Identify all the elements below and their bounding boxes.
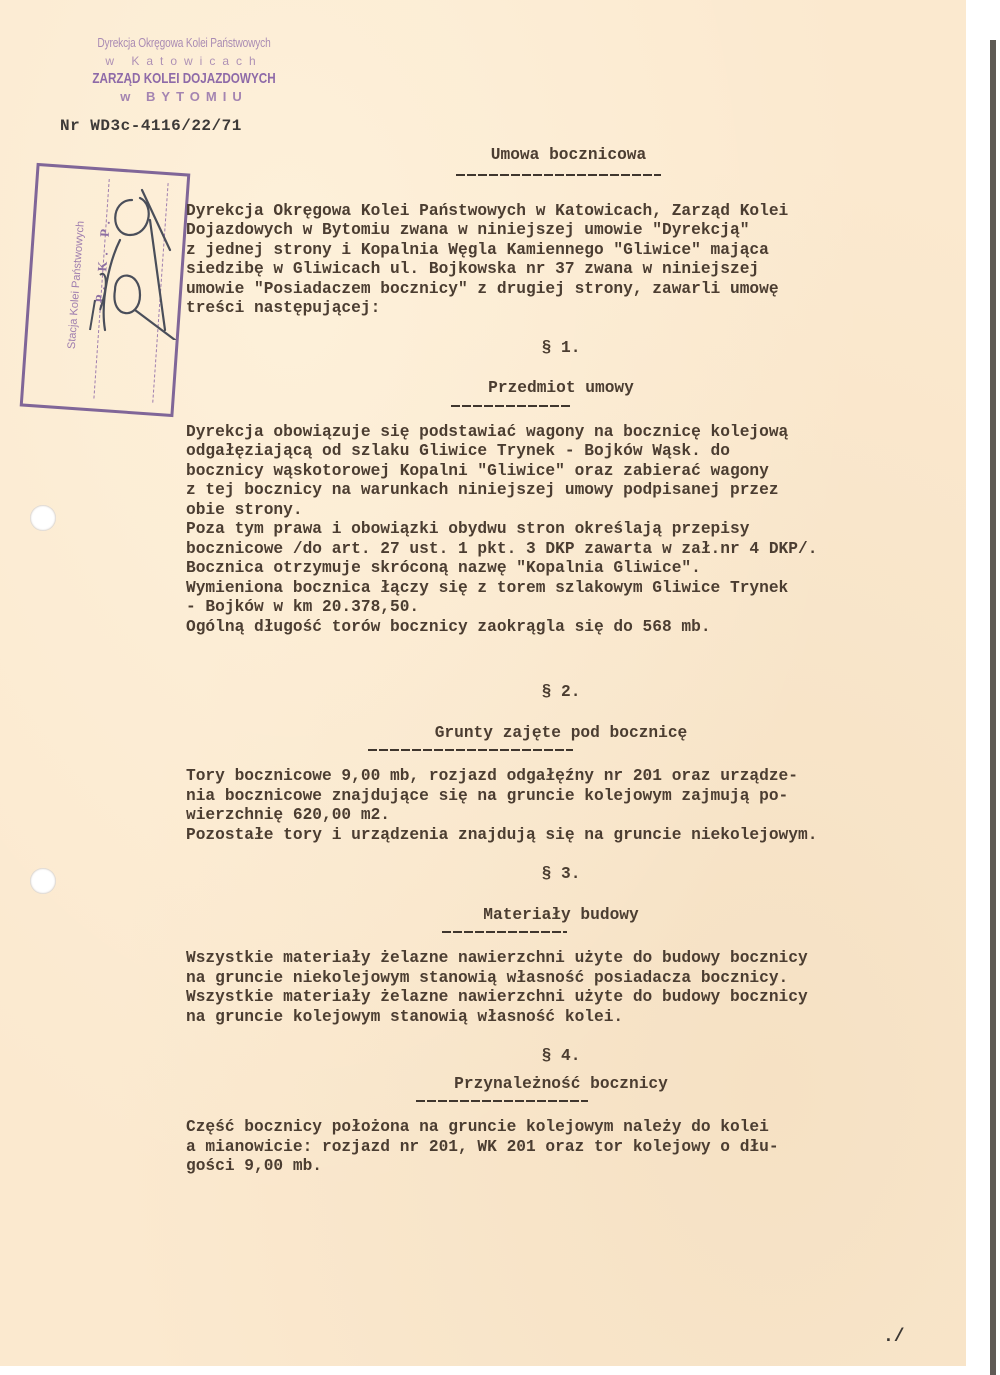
section-heading: Przedmiot umowy — [156, 379, 966, 399]
stamp-line-4: w BYTOMIU — [64, 88, 304, 106]
contract-document: Umowa bocznicowa Dyrekcja Okręgowa Kolei… — [186, 146, 966, 1177]
body-line: Bocznica otrzymuje skróconą nazwę "Kopal… — [186, 559, 966, 579]
body-line: Wszystkie materiały żelazne nawierzchni … — [186, 988, 966, 1008]
body-line: a mianowicie: rozjazd nr 201, WK 201 ora… — [186, 1138, 966, 1158]
body-line: z tej bocznicy na warunkach niniejszej u… — [186, 481, 966, 501]
section-4: § 4. Przynależność bocznicy Część boczni… — [186, 1047, 966, 1177]
punch-hole-bottom — [30, 868, 56, 894]
stamp-line-2: w Katowicach — [64, 52, 304, 70]
intro-line: Dojazdowych w Bytomiu zwana w niniejszej… — [186, 221, 966, 241]
stamp-line-1: Dyrekcja Okręgowa Kolei Państwowych — [90, 34, 277, 52]
body-line: nia bocznicowe znajdujące się na gruncie… — [186, 787, 966, 807]
section-number: § 1. — [156, 339, 966, 359]
section-number: § 4. — [156, 1047, 966, 1067]
body-line: Wymieniona bocznica łączy się z torem sz… — [186, 579, 966, 599]
body-line: Dyrekcja obowiązuje się podstawiać wagon… — [186, 423, 966, 443]
stamp-line-3: ZARZĄD KOLEI DOJAZDOWYCH — [90, 70, 277, 88]
body-line: Tory bocznicowe 9,00 mb, rozjazd odgałęź… — [186, 767, 966, 787]
body-line: bocznicowe /do art. 27 ust. 1 pkt. 3 DKP… — [186, 540, 966, 560]
intro-paragraph: Dyrekcja Okręgowa Kolei Państwowych w Ka… — [186, 202, 966, 319]
section-1: § 1. Przedmiot umowy Dyrekcja obowiązuje… — [186, 339, 966, 638]
section-heading: Materiały budowy — [156, 906, 966, 926]
document-title: Umowa bocznicowa — [171, 146, 966, 166]
section-heading-underline — [451, 405, 571, 407]
section-heading: Grunty zajęte pod bocznicę — [156, 724, 966, 744]
section-heading-underline — [442, 931, 567, 933]
body-line: Ogólną długość torów bocznicy zaokrągla … — [186, 618, 966, 638]
intro-line: Dyrekcja Okręgowa Kolei Państwowych w Ka… — [186, 202, 966, 222]
body-line: odgałęziającą od szlaku Gliwice Trynek -… — [186, 442, 966, 462]
body-line: na gruncie kolejowym stanowią własność k… — [186, 1008, 966, 1028]
section-number: § 3. — [156, 865, 966, 885]
body-line: obie strony. — [186, 501, 966, 521]
section-heading-underline — [368, 749, 573, 751]
scanner-edge — [990, 40, 996, 1375]
body-line: gości 9,00 mb. — [186, 1157, 966, 1177]
body-line: wierzchnię 620,00 m2. — [186, 806, 966, 826]
intro-line: z jednej strony i Kopalnia Węgla Kamienn… — [186, 241, 966, 261]
section-heading-underline — [416, 1100, 588, 1102]
section-number: § 2. — [156, 683, 966, 703]
punch-hole-top — [30, 505, 56, 531]
body-line: Poza tym prawa i obowiązki obydwu stron … — [186, 520, 966, 540]
section-heading: Przynależność bocznicy — [156, 1075, 966, 1095]
intro-line: treści następującej: — [186, 299, 966, 319]
intro-line: siedzibę w Gliwicach ul. Bojkowska nr 37… — [186, 260, 966, 280]
office-stamp: Dyrekcja Okręgowa Kolei Państwowych w Ka… — [64, 34, 304, 106]
handwritten-signature-icon — [70, 180, 180, 340]
body-line: Część bocznicy położona na gruncie kolej… — [186, 1118, 966, 1138]
continuation-mark: ./ — [883, 1327, 905, 1347]
section-3: § 3. Materiały budowy Wszystkie materiał… — [186, 865, 966, 1027]
body-line: na gruncie niekolejowym stanowią własnoś… — [186, 969, 966, 989]
body-line: Wszystkie materiały żelazne nawierzchni … — [186, 949, 966, 969]
intro-line: umowie "Posiadaczem bocznicy" z drugiej … — [186, 280, 966, 300]
body-line: Pozostałe tory i urządzenia znajdują się… — [186, 826, 966, 846]
body-line: - Bojków w km 20.378,50. — [186, 598, 966, 618]
section-2: § 2. Grunty zajęte pod bocznicę Tory boc… — [186, 683, 966, 845]
reference-number: Nr WD3c-4116/22/71 — [60, 117, 242, 135]
body-line: bocznicy wąskotorowej Kopalni "Gliwice" … — [186, 462, 966, 482]
